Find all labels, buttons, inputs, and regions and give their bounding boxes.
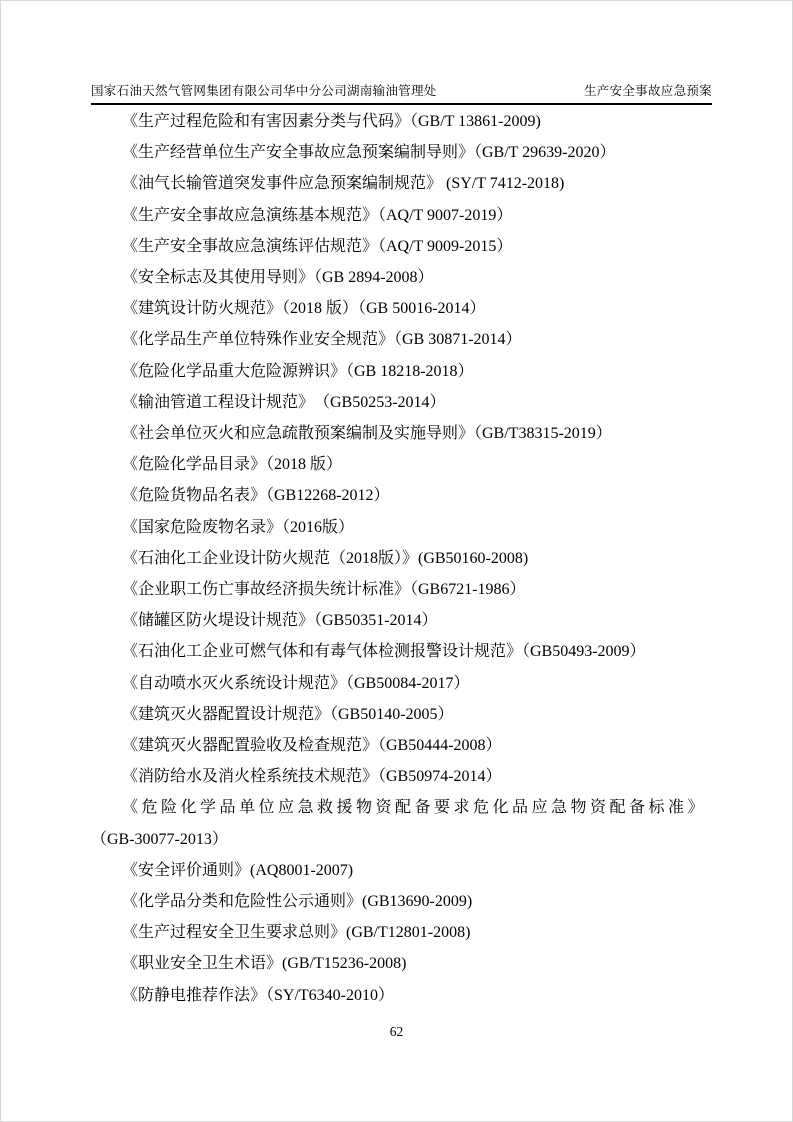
document-page: 国家石油天然气管网集团有限公司华中分公司湖南输油管理处 生产安全事故应急预案 《… — [0, 0, 793, 1122]
standard-entry: 《安全评价通则》(AQ8001-2007) — [91, 855, 713, 886]
standard-entry: 《企业职工伤亡事故经济损失统计标准》（GB6721-1986） — [91, 574, 713, 605]
standard-entry: 《化学品生产单位特殊作业安全规范》（GB 30871-2014） — [91, 324, 713, 355]
standard-entry: 《防静电推荐作法》（SY/T6340-2010） — [91, 980, 713, 1011]
standard-entry: 《国家危险废物名录》（2016版） — [91, 512, 713, 543]
standard-entry: 《石油化工企业设计防火规范（2018版）》(GB50160-2008) — [91, 543, 713, 574]
standard-entry: 《危险化学品单位应急救援物资配备要求危化品应急物资配备标准》 — [91, 792, 713, 823]
standards-list: 《生产过程危险和有害因素分类与代码》（GB/T 13861-2009)《生产经营… — [91, 106, 713, 1011]
standard-entry: 《消防给水及消火栓系统技术规范》（GB50974-2014） — [91, 761, 713, 792]
standard-entry: 《危险化学品重大危险源辨识》（GB 18218-2018） — [91, 356, 713, 387]
standard-entry: 《建筑灭火器配置验收及检查规范》（GB50444-2008） — [91, 730, 713, 761]
standard-entry: （GB-30077-2013） — [91, 824, 713, 855]
page-header: 国家石油天然气管网集团有限公司华中分公司湖南输油管理处 生产安全事故应急预案 — [91, 83, 712, 105]
standard-entry: 《石油化工企业可燃气体和有毒气体检测报警设计规范》（GB50493-2009） — [91, 636, 713, 667]
standard-entry: 《生产过程安全卫生要求总则》(GB/T12801-2008) — [91, 917, 713, 948]
standard-entry: 《建筑设计防火规范》（2018 版）（GB 50016-2014） — [91, 293, 713, 324]
header-right-title: 生产安全事故应急预案 — [584, 83, 712, 100]
standard-entry: 《生产经营单位生产安全事故应急预案编制导则》（GB/T 29639-2020） — [91, 137, 713, 168]
header-left-title: 国家石油天然气管网集团有限公司华中分公司湖南输油管理处 — [91, 83, 437, 100]
standard-entry: 《危险货物品名表》（GB12268-2012） — [91, 480, 713, 511]
standard-entry: 《安全标志及其使用导则》（GB 2894-2008） — [91, 262, 713, 293]
standard-entry: 《危险化学品目录》（2018 版） — [91, 449, 713, 480]
page-footer: 62 — [1, 1023, 792, 1041]
standard-entry: 《化学品分类和危险性公示通则》(GB13690-2009) — [91, 886, 713, 917]
standard-entry: 《职业安全卫生术语》(GB/T15236-2008) — [91, 948, 713, 979]
standard-entry: 《生产安全事故应急演练评估规范》（AQ/T 9009-2015） — [91, 231, 713, 262]
standard-entry: 《油气长输管道突发事件应急预案编制规范》 (SY/T 7412-2018) — [91, 168, 713, 199]
standard-entry: 《储罐区防火堤设计规范》（GB50351-2014） — [91, 605, 713, 636]
standard-entry: 《输油管道工程设计规范》 （GB50253-2014） — [91, 387, 713, 418]
standard-entry: 《建筑灭火器配置设计规范》（GB50140-2005） — [91, 699, 713, 730]
page-number: 62 — [390, 1024, 404, 1039]
standard-entry: 《生产过程危险和有害因素分类与代码》（GB/T 13861-2009) — [91, 106, 713, 137]
standard-entry: 《自动喷水灭火系统设计规范》（GB50084-2017） — [91, 668, 713, 699]
standard-entry: 《生产安全事故应急演练基本规范》（AQ/T 9007-2019） — [91, 200, 713, 231]
standard-entry: 《社会单位灭火和应急疏散预案编制及实施导则》（GB/T38315-2019） — [91, 418, 713, 449]
